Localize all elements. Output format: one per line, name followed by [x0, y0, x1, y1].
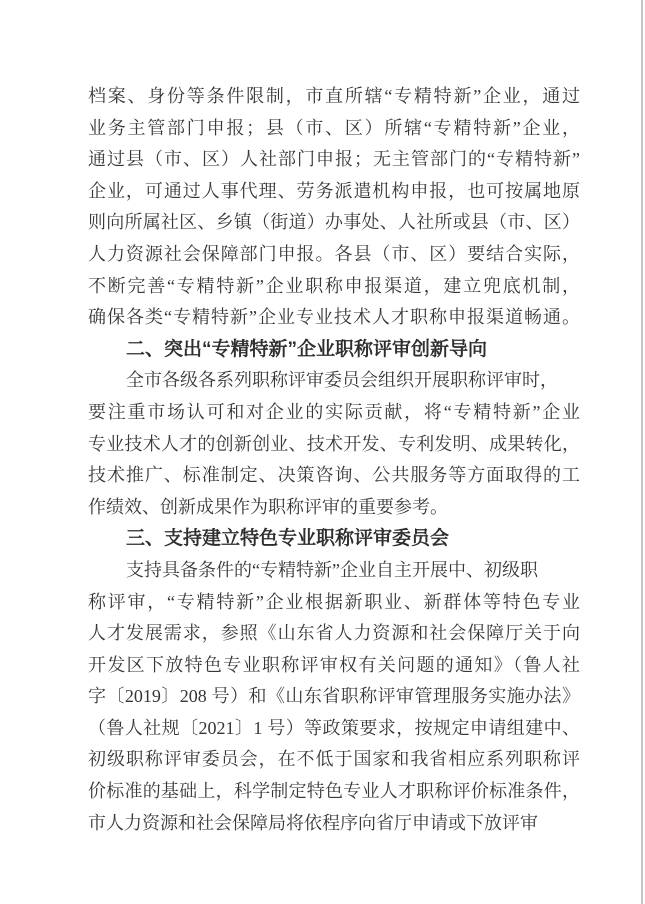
- text-line: 字〔2019〕208 号）和《山东省职称评审管理服务实施办法》: [88, 681, 580, 713]
- text-line: 全市各级各系列职称评审委员会组织开展职称评审时，: [88, 365, 580, 397]
- text-line: 开发区下放特色专业职称评审权有关问题的通知》（鲁人社: [88, 650, 580, 682]
- text-line: （鲁人社规〔2021〕1 号）等政策要求，按规定申请组建中、: [88, 713, 580, 745]
- text-line: 要注重市场认可和对企业的实际贡献，将“专精特新”企业: [88, 397, 580, 429]
- text-line: 作绩效、创新成果作为职称评审的重要参考。: [88, 492, 580, 524]
- document-page: 档案、身份等条件限制，市直所辖“专精特新”企业，通过业务主管部门申报；县（市、区…: [0, 0, 645, 904]
- text-line: 称评审，“专精特新”企业根据新职业、新群体等特色专业: [88, 587, 580, 619]
- text-line: 专业技术人才的创新创业、技术开发、专利发明、成果转化，: [88, 429, 580, 461]
- text-line: 技术推广、标准制定、决策咨询、公共服务等方面取得的工: [88, 460, 580, 492]
- text-line: 则向所属社区、乡镇（街道）办事处、人社所或县（市、区）: [88, 207, 580, 239]
- text-line: 确保各类“专精特新”企业专业技术人才职称申报渠道畅通。: [88, 302, 580, 334]
- section-heading: 二、突出“专精特新”企业职称评审创新导向: [88, 334, 580, 366]
- text-line: 企业，可通过人事代理、劳务派遣机构申报，也可按属地原: [88, 176, 580, 208]
- text-line: 人才发展需求，参照《山东省人力资源和社会保障厅关于向: [88, 618, 580, 650]
- text-line: 档案、身份等条件限制，市直所辖“专精特新”企业，通过: [88, 81, 580, 113]
- text-line: 业务主管部门申报；县（市、区）所辖“专精特新”企业，: [88, 113, 580, 145]
- text-line: 通过县（市、区）人社部门申报；无主管部门的“专精特新”: [88, 144, 580, 176]
- text-line: 人力资源社会保障部门申报。各县（市、区）要结合实际，: [88, 239, 580, 271]
- text-line: 初级职称评审委员会，在不低于国家和我省相应系列职称评: [88, 744, 580, 776]
- text-line: 支持具备条件的“专精特新”企业自主开展中、初级职: [88, 555, 580, 587]
- scan-edge-line: [641, 0, 643, 904]
- text-line: 价标准的基础上，科学制定特色专业人才职称评价标准条件，: [88, 776, 580, 808]
- document-body: 档案、身份等条件限制，市直所辖“专精特新”企业，通过业务主管部门申报；县（市、区…: [88, 81, 580, 839]
- section-heading: 三、支持建立特色专业职称评审委员会: [88, 523, 580, 555]
- text-line: 不断完善“专精特新”企业职称申报渠道，建立兜底机制，: [88, 271, 580, 303]
- text-line: 市人力资源和社会保障局将依程序向省厅申请或下放评审: [88, 808, 580, 840]
